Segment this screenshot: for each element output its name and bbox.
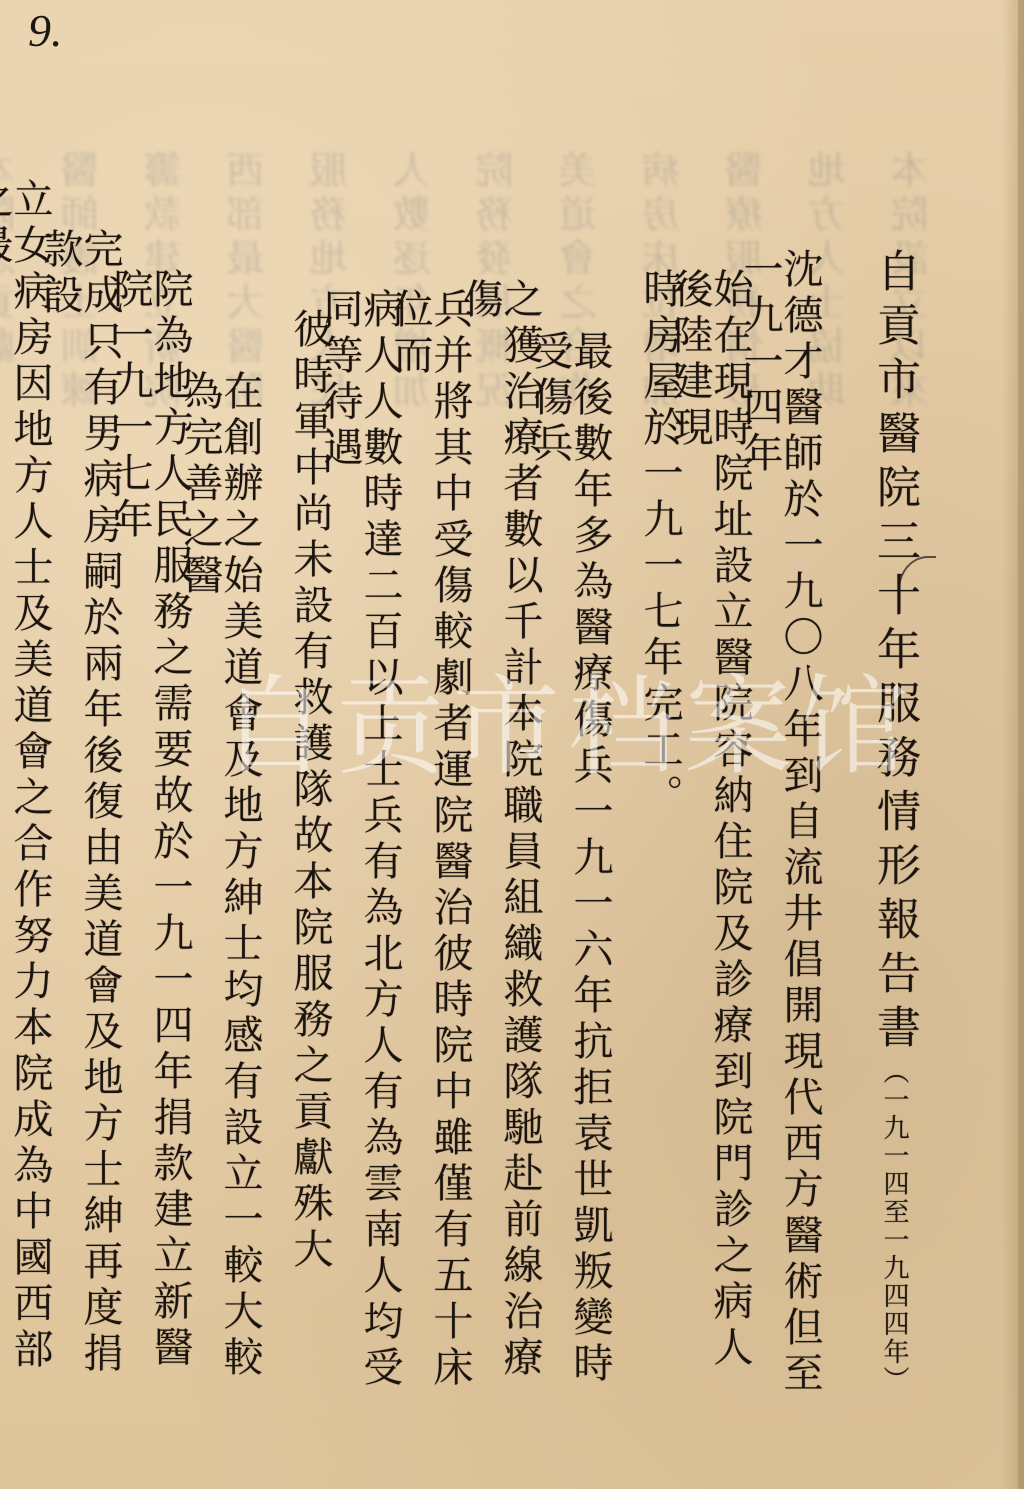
text-column-4: 最後數年多為醫療傷兵一九一六年抗拒袁世凱叛變時受傷兵 [540,278,610,1408]
title-date-range: （一九一四至一九四四年） [881,1058,907,1394]
text-column-6: 兵并將其中受傷較劇者運院醫治彼時院中雖僅有五十床位而 [400,288,470,1408]
text-column-12: 立女病房因地方人士及美道會之合作努力本院成為中國西部之最 [0,178,50,1408]
document-page: 本院設立以來 地方人士協助 醫療服務情形 病房床位增加 美道會之合作 院務發展概… [0,0,1024,1489]
text-column-7: 病人人數時達二百以上士兵有為北方人有為雲南人均受同等待遇 [330,288,400,1408]
title-text: 自貢市醫院三十年服務情形報告書 [869,248,920,1058]
page-edge-stack [1018,0,1024,1489]
folio-number: 9. [28,4,63,57]
text-column-1: 沈德才醫師於一九〇八年到自流井倡開現代西方醫術但至一九一四年 [750,248,820,1408]
handwritten-text-block: 自貢市醫院三十年服務情形報告書（一九一四至一九四四年） 沈德才醫師於一九〇八年到… [0,248,916,1408]
text-column-9: 在創辦之始美道會及地方紳士均感有設立一較大較為完善之醫 [190,318,260,1408]
document-title: 自貢市醫院三十年服務情形報告書（一九一四至一九四四年） [820,248,916,1394]
